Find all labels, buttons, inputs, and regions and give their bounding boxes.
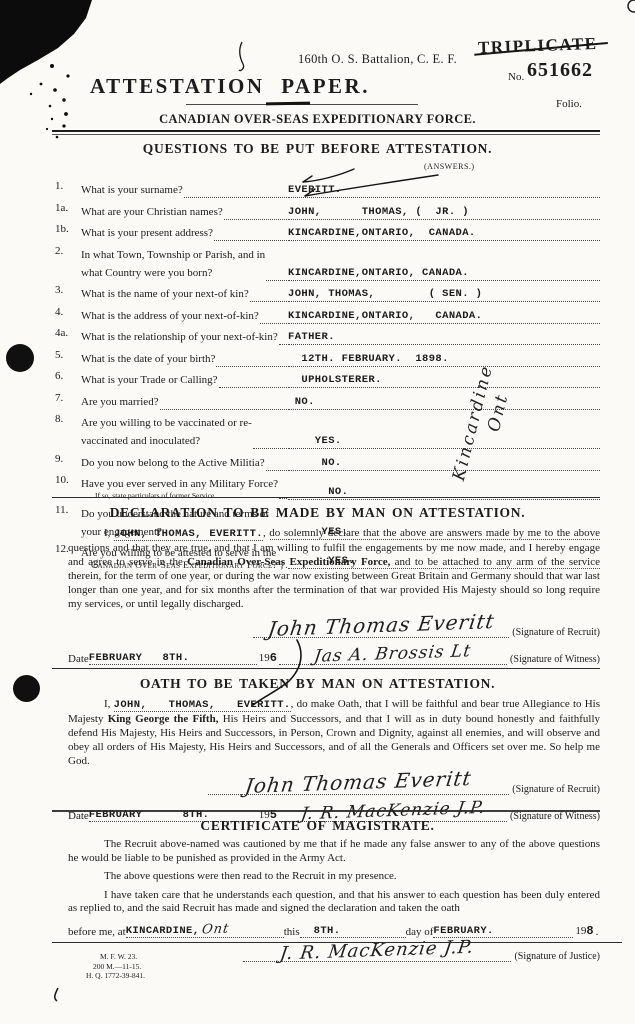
question-number: 3. <box>55 284 81 296</box>
dotted-leader <box>266 268 287 281</box>
question-text: What is the relationship of your next-of… <box>81 331 278 343</box>
certificate-paragraph-1: The Recruit above-named was cautioned by… <box>68 838 600 865</box>
question-row: 1. What is your surname? EVERITT. <box>55 180 600 198</box>
punch-hole <box>13 675 40 702</box>
recruit-signature-handwriting: John Thomas Everitt <box>266 609 496 641</box>
question-number: 4. <box>55 306 81 318</box>
this-label: this <box>284 926 300 938</box>
day-typed: 8TH. <box>314 925 341 937</box>
divider-rule <box>52 668 600 669</box>
question-row: 3. What is the name of your next-of kin?… <box>55 284 600 302</box>
recruit-signature-handwriting: John Thomas Everitt <box>244 766 474 798</box>
oath-pre: I, <box>104 698 110 710</box>
question-number: 4a. <box>55 327 81 339</box>
dotted-leader <box>219 375 287 388</box>
divider-rule <box>52 942 622 943</box>
oath-king-bold: King George the Fifth, <box>108 713 219 725</box>
declaration-pre: I, <box>104 527 110 539</box>
typed-answer: NO. <box>288 396 600 410</box>
oath-heading: OATH TO BE TAKEN BY MAN ON ATTESTATION. <box>0 676 635 692</box>
folio-label: Folio. <box>556 98 582 110</box>
typed-answer: NO. <box>288 457 600 471</box>
handwritten-brace-mark <box>239 42 244 71</box>
question-text-wrap: What is the relationship of your next-of… <box>81 327 278 345</box>
question-number: 6. <box>55 370 81 382</box>
scan-artifact-blob <box>0 0 92 84</box>
question-number: 9. <box>55 453 81 465</box>
dotted-leader <box>279 332 287 345</box>
dotted-leader <box>184 185 287 198</box>
scan-artifact-mark <box>55 988 58 1001</box>
scan-artifact-corner-ring <box>628 0 635 12</box>
question-text-wrap: Are you willing to be vaccinated or re- … <box>81 413 252 449</box>
question-number: 7. <box>55 392 81 404</box>
recruit-signature-label: (Signature of Recruit) <box>512 784 600 795</box>
question-text: Have you ever served in any Military For… <box>81 478 278 490</box>
justice-signature-handwriting: J. R. MacKenzie J.P. <box>279 936 476 964</box>
typed-answer: KINCARDINE,ONTARIO, CANADA. <box>288 227 600 241</box>
witness-signature-label: (Signature of Witness) <box>510 654 600 665</box>
typed-answer: FATHER. <box>288 331 600 345</box>
year-typed: 8 <box>586 924 593 938</box>
typed-answer: YES. <box>288 435 600 449</box>
question-text: What are your Christian names? <box>81 206 223 218</box>
question-text: What is your present address? <box>81 227 213 239</box>
question-text: Are you married? <box>81 396 159 408</box>
oath-name-typed: JOHN, THOMAS, EVERITT. <box>114 699 291 712</box>
question-text-wrap: What are your Christian names? <box>81 202 223 220</box>
declaration-heading: DECLARATION TO BE MADE BY MAN ON ATTESTA… <box>0 505 635 521</box>
question-row: 5. What is the date of your birth? 12TH.… <box>55 349 600 367</box>
question-number: 5. <box>55 349 81 361</box>
declaration-name-typed: JOHN, THOMAS, EVERITT. <box>114 528 263 541</box>
year-typed: 6 <box>270 651 277 665</box>
declaration-paragraph: I, JOHN, THOMAS, EVERITT., do solemnly d… <box>68 526 600 611</box>
certificate-section: CERTIFICATE OF MAGISTRATE. The Recruit a… <box>0 818 635 962</box>
question-text: What is the address of your next-of-kin? <box>81 310 259 322</box>
year-printed: 196 <box>259 651 277 665</box>
question-text-wrap: What is the name of your next-of kin? <box>81 284 249 302</box>
period: . <box>596 926 599 938</box>
typed-answer: KINCARDINE,ONTARIO, CANADA. <box>288 267 600 281</box>
question-note: If so, state particulars of former Servi… <box>81 492 278 500</box>
question-number: 2. <box>55 245 81 257</box>
typed-answer: UPHOLSTERER. <box>288 374 600 388</box>
question-text-wrap: What is the address of your next-of-kin? <box>81 306 259 324</box>
question-text: What is your surname? <box>81 184 183 196</box>
force-name: CANADIAN OVER-SEAS EXPEDITIONARY FORCE. <box>0 112 635 127</box>
declaration-recruit-signature-row: John Thomas Everitt (Signature of Recrui… <box>68 613 600 638</box>
certificate-paragraph-2: The above questions were then read to th… <box>68 870 600 884</box>
oath-paragraph: I, JOHN, THOMAS, EVERITT., do make Oath,… <box>68 697 600 768</box>
question-row: 2. In what Town, Township or Parish, and… <box>55 245 600 281</box>
question-text-wrap: What is your Trade or Calling? <box>81 370 218 388</box>
question-text: What is your Trade or Calling? <box>81 374 218 386</box>
witness-signature-line: Jas A. Brossis Lt <box>279 644 507 665</box>
question-number: 8. <box>55 413 81 425</box>
question-text-wrap: What is the date of your birth? <box>81 349 215 367</box>
certificate-before-me-row: before me, at KINCARDINE, Ont this 8TH. … <box>68 922 600 938</box>
divider-rule <box>52 810 600 812</box>
declaration-section: DECLARATION TO BE MADE BY MAN ON ATTESTA… <box>0 505 635 665</box>
question-text-wrap: Are you married? <box>81 392 159 410</box>
month-fill: FEBRUARY. <box>433 924 573 938</box>
question-number: 10. <box>55 474 81 486</box>
question-row: 9. Do you now belong to the Active Milit… <box>55 453 600 471</box>
place-handwriting: Ont <box>201 921 230 937</box>
witness-signature-handwriting: Jas A. Brossis Lt <box>313 641 473 667</box>
question-text: Do you now belong to the Active Militia? <box>81 457 265 469</box>
question-text: What is the name of your next-of kin? <box>81 288 249 300</box>
question-number: 1a. <box>55 202 81 214</box>
day-of-label: day of <box>406 926 434 938</box>
question-text-wrap: Do you now belong to the Active Militia? <box>81 453 265 471</box>
typed-answer: KINCARDINE,ONTARIO, CANADA. <box>288 310 600 324</box>
recruit-signature-label: (Signature of Recruit) <box>512 627 600 638</box>
dotted-leader <box>216 354 287 367</box>
dotted-leader <box>260 311 287 324</box>
attestation-paper-scan: 160th O. S. Battalion, C. E. F. TRIPLICA… <box>0 0 635 1024</box>
divider-rule <box>52 134 600 135</box>
question-row: 1a. What are your Christian names? JOHN,… <box>55 202 600 220</box>
typed-answer: JOHN, THOMAS, ( JR. ) <box>288 206 600 220</box>
dotted-leader <box>160 397 287 410</box>
question-number: 1b. <box>55 223 81 235</box>
recruit-signature-line: John Thomas Everitt <box>208 770 509 795</box>
oath-recruit-signature-row: John Thomas Everitt (Signature of Recrui… <box>68 770 600 795</box>
question-row: 1b. What is your present address? KINCAR… <box>55 223 600 241</box>
question-row: 7. Are you married? NO. <box>55 392 600 410</box>
question-text-wrap: In what Town, Township or Parish, and in… <box>81 245 265 281</box>
declaration-date-row: Date FEBRUARY 8TH. 196 Jas A. Brossis Lt… <box>68 644 600 665</box>
punch-hole <box>6 344 34 372</box>
questions-heading: QUESTIONS TO BE PUT BEFORE ATTESTATION. <box>0 141 635 157</box>
place-typed: KINCARDINE, <box>126 925 200 937</box>
question-text: In what Town, Township or Parish, and in… <box>81 249 265 279</box>
question-text-wrap: What is your present address? <box>81 223 213 241</box>
printer-mark-line: M. F. W. 23. <box>0 952 300 962</box>
oath-section: OATH TO BE TAKEN BY MAN ON ATTESTATION. … <box>0 676 635 822</box>
divider-rule <box>52 130 600 132</box>
printer-mark-line: 200 M.—11-15. <box>0 962 300 972</box>
typed-answer: JOHN, THOMAS, ( SEN. ) <box>288 288 600 302</box>
date-label: Date <box>68 653 89 665</box>
printer-mark-line: H. Q. 1772-39-841. <box>0 971 300 981</box>
page-title: ATTESTATION PAPER. <box>0 74 460 99</box>
day-fill: 8TH. <box>300 924 406 938</box>
printer-marks: M. F. W. 23.200 M.—11-15.H. Q. 1772-39-8… <box>0 952 300 981</box>
question-number: 1. <box>55 180 81 192</box>
answers-column-label: (ANSWERS.) <box>424 162 475 171</box>
dotted-leader <box>253 436 287 449</box>
question-text: What is the date of your birth? <box>81 353 215 365</box>
dotted-leader <box>224 207 287 220</box>
question-row: 4. What is the address of your next-of-k… <box>55 306 600 324</box>
dotted-leader <box>214 228 287 241</box>
triplicate-stamp: TRIPLICATE <box>478 34 598 58</box>
serial-number-value: 651662 <box>527 59 593 82</box>
dotted-leader <box>250 289 287 302</box>
date-typed: FEBRUARY 8TH. <box>89 652 257 665</box>
certificate-paragraph-3: I have taken care that he understands ea… <box>68 889 600 916</box>
question-text-wrap: What is your surname? <box>81 180 183 198</box>
justice-signature-label: (Signature of Justice) <box>514 951 600 962</box>
recruit-signature-line: John Thomas Everitt <box>253 613 509 638</box>
declaration-force-bold: Canadian Over-Seas Expeditionary Force, <box>187 556 390 568</box>
certificate-heading: CERTIFICATE OF MAGISTRATE. <box>0 818 635 834</box>
dotted-leader <box>266 458 287 471</box>
place-fill: KINCARDINE, Ont <box>126 922 284 938</box>
battalion-line: 160th O. S. Battalion, C. E. F. <box>298 52 457 67</box>
typed-answer: EVERITT. <box>288 184 600 198</box>
serial-number-label: No. <box>508 71 524 83</box>
question-row: 4a. What is the relationship of your nex… <box>55 327 600 345</box>
year-printed: 198 <box>575 924 593 938</box>
question-text: Are you willing to be vaccinated or re- … <box>81 417 252 447</box>
question-row: 8. Are you willing to be vaccinated or r… <box>55 413 600 449</box>
before-me-label: before me, at <box>68 926 126 938</box>
divider-rule <box>52 497 600 498</box>
month-typed: FEBRUARY. <box>433 925 493 937</box>
typed-answer: 12TH. FEBRUARY. 1898. <box>288 353 600 367</box>
